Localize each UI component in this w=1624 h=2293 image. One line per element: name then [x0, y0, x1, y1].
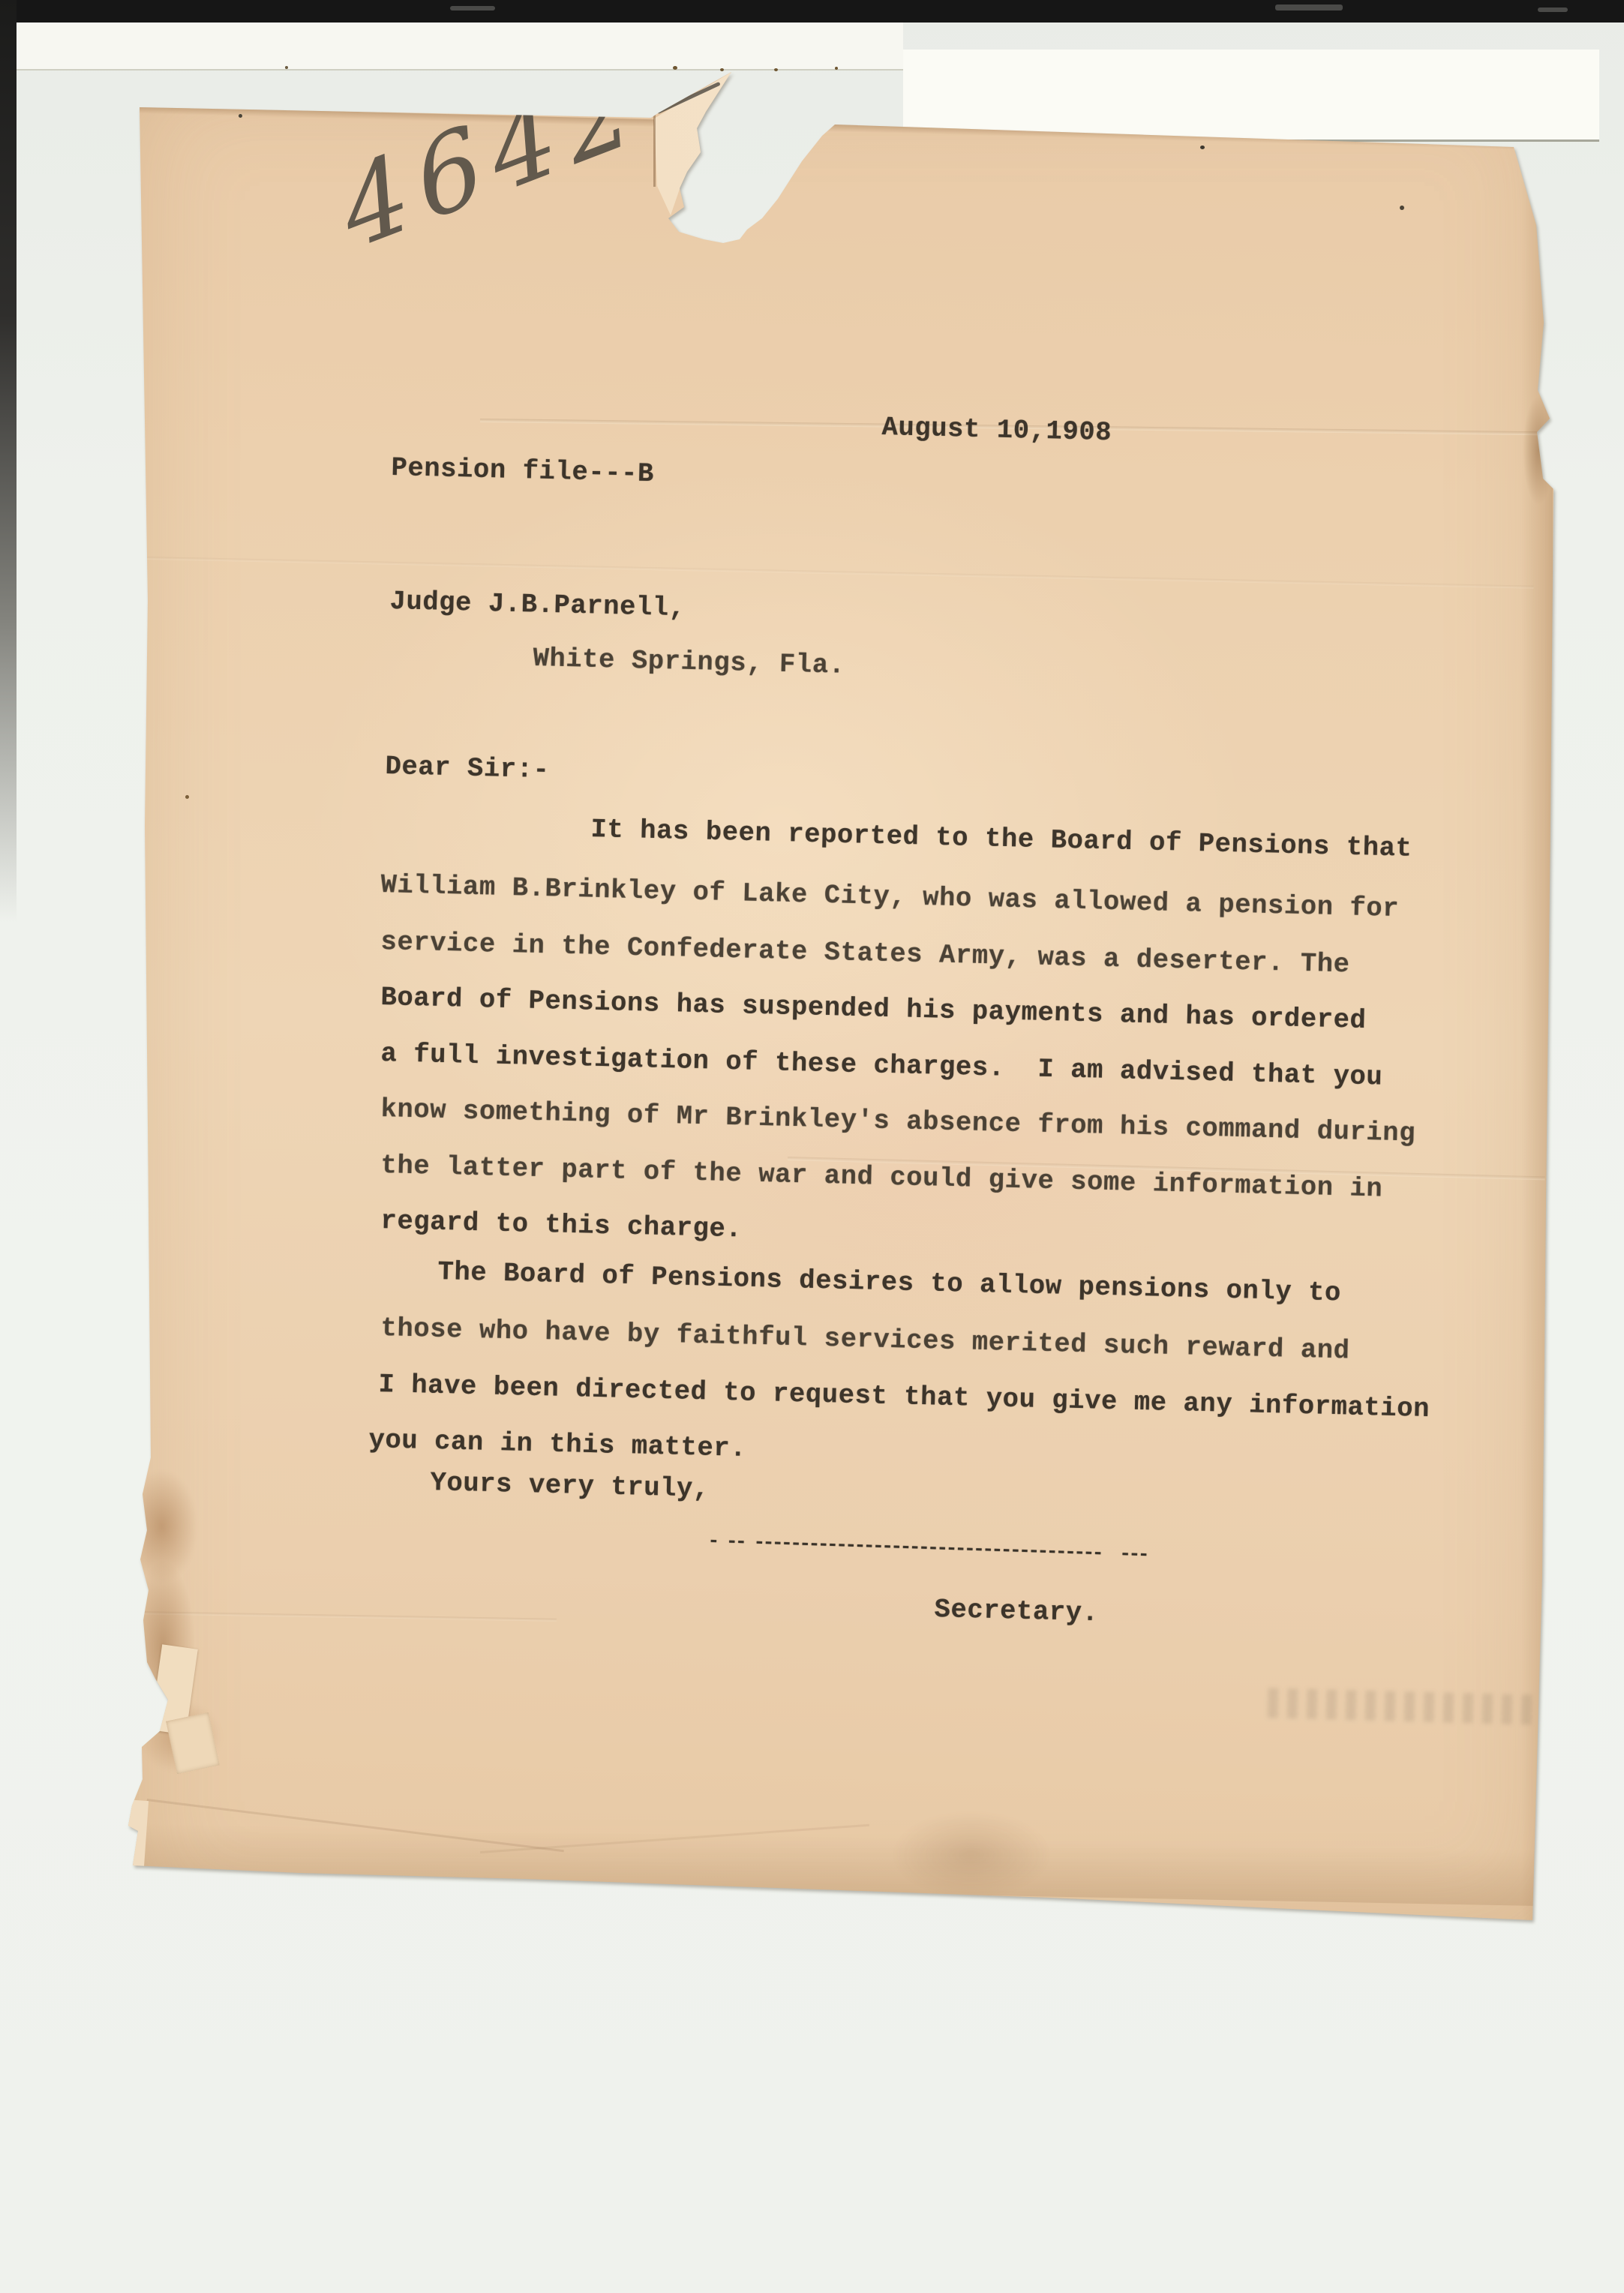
signature-title: Secretary.: [934, 1595, 1099, 1629]
paper-right-edge-shading: [1521, 143, 1553, 1928]
scanned-letter-page: 4642 August 10,1908 Pension file---B Jud…: [0, 0, 1624, 2293]
date-line: August 10,1908: [881, 413, 1112, 449]
ink-speck: [239, 114, 242, 118]
file-reference-line: Pension file---B: [391, 453, 654, 490]
salutation-line: Dear Sir:-: [385, 752, 550, 786]
ink-speck: [185, 795, 189, 799]
closing-line: Yours very truly,: [430, 1468, 710, 1505]
letter-paper-wrap: 4642 August 10,1908 Pension file---B Jud…: [0, 0, 1624, 2293]
ink-speck: [1400, 206, 1404, 210]
paper-tear-fold-line: [653, 115, 656, 187]
ink-speck: [1200, 146, 1205, 149]
letter-paper: 4642 August 10,1908 Pension file---B Jud…: [0, 0, 1624, 2293]
